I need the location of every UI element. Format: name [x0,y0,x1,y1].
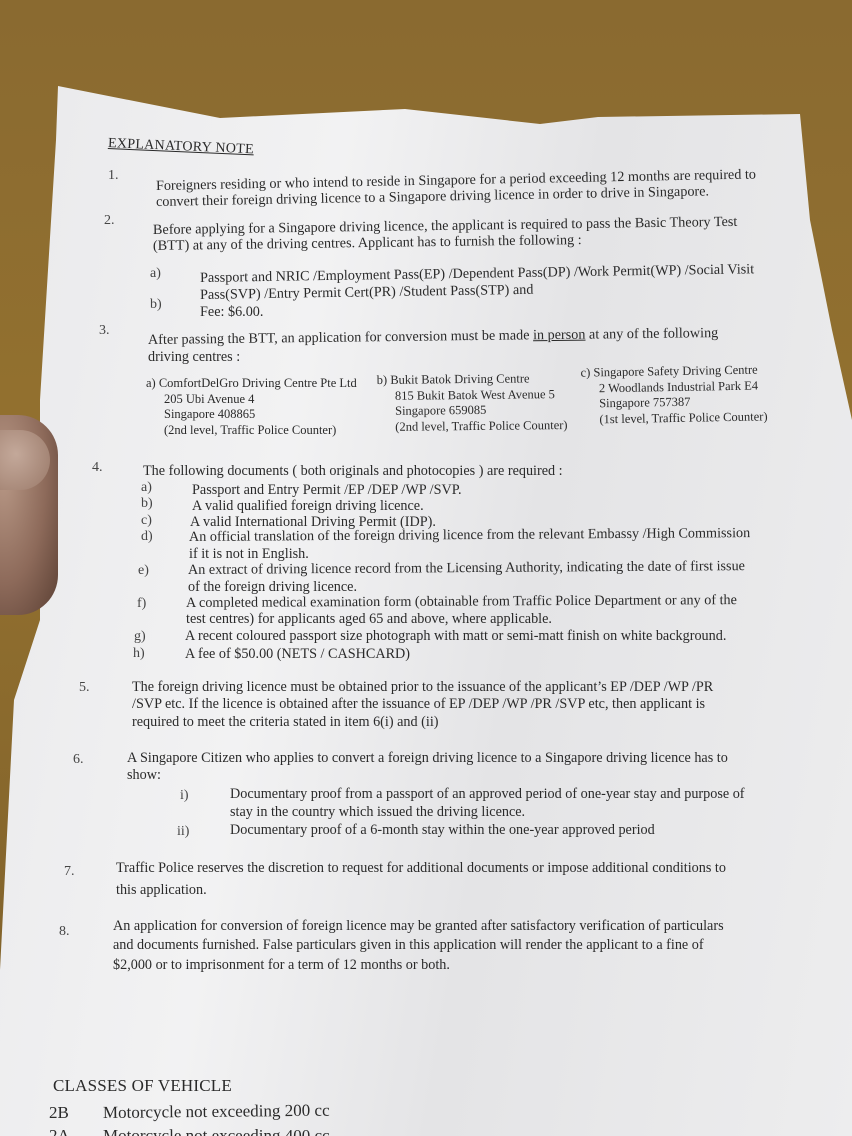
item-number: 2. [104,213,115,229]
item-4a: Passport and Entry Permit /EP /DEP /WP /… [192,482,462,498]
item-6ii: Documentary proof of a 6-month stay with… [230,822,655,838]
subitem-label: ii) [177,824,189,840]
subitem-label: e) [138,563,149,579]
item-4e: of the foreign driving licence. [188,579,357,595]
centre-name: Singapore Safety Driving Centre [593,363,757,380]
item-6-line: show: [127,767,161,783]
item-5-line: /SVP etc. If the licence is obtained aft… [132,696,705,712]
centre-label: b) [377,373,388,387]
item-4f: A completed medical examination form (ob… [186,592,737,611]
centre-c: c) Singapore Safety Driving Centre 2 Woo… [580,362,767,427]
subitem-label: g) [134,629,146,645]
subitem-label: b) [150,297,162,313]
subitem-label: a) [141,480,152,496]
centre-name: Bukit Batok Driving Centre [390,371,529,386]
centre-label: a) [146,376,156,390]
item-3-line: driving centres : [148,349,240,365]
item-7-line: this application. [116,882,207,898]
class-code: 2B [49,1105,69,1121]
centre-label: c) [580,365,590,379]
in-person-underlined: in person [533,327,586,344]
item-4g: A recent coloured passport size photogra… [185,628,726,644]
subitem-label: f) [137,596,146,612]
centre-b: b) Bukit Batok Driving Centre 815 Bukit … [377,371,568,435]
centre-a: a) ComfortDelGro Driving Centre Pte Ltd … [146,376,357,438]
centre-address: 205 Ubi Avenue 4 [146,392,357,408]
item-5-line: The foreign driving licence must be obta… [132,679,713,695]
item-4h: A fee of $50.00 (NETS / CASHCARD) [185,646,410,662]
item-4b: A valid qualified foreign driving licenc… [192,498,424,514]
subitem-label: a) [150,266,161,282]
item-number: 5. [79,680,90,696]
item-5-line: required to meet the criteria stated in … [132,714,439,730]
item-6-line: A Singapore Citizen who applies to conve… [127,750,728,766]
class-desc: Motorcycle not exceeding 200 cc [103,1103,330,1121]
item-number: 7. [64,864,75,880]
centre-note: (2nd level, Traffic Police Counter) [146,423,357,439]
centre-name: ComfortDelGro Driving Centre Pte Ltd [159,376,357,390]
subitem-label: c) [141,513,152,529]
class-code: 2A [49,1128,70,1136]
item-8-line: An application for conversion of foreign… [113,918,724,934]
centre-note: (1st level, Traffic Police Counter) [581,409,767,428]
classes-heading: CLASSES OF VEHICLE [53,1078,232,1094]
centre-address: 2 Woodlands Industrial Park E4 [581,378,767,397]
item-number: 6. [73,752,84,768]
item-7-line: Traffic Police reserves the discretion t… [116,860,726,876]
item-number: 4. [92,460,103,476]
class-desc: Motorcycle not exceeding 400 cc [103,1128,330,1136]
subitem-label: d) [141,529,153,545]
centre-note: (2nd level, Traffic Police Counter) [377,418,567,435]
item-3-text: at any of the following [585,325,718,343]
item-2b-line: Fee: $6.00. [200,304,263,320]
item-8-line: $2,000 or to imprisonment for a term of … [113,957,450,973]
centre-address: 815 Bukit Batok West Avenue 5 [377,387,567,404]
item-number: 3. [99,323,110,339]
item-number: 1. [108,168,119,184]
item-4-line: The following documents ( both originals… [143,463,563,479]
subitem-label: b) [141,496,153,512]
item-4d: if it is not in English. [189,546,309,562]
centre-postal: Singapore 408865 [146,407,357,423]
item-6i: stay in the country which issued the dri… [230,804,525,820]
item-4f: test centres) for applicants aged 65 and… [186,611,552,627]
subitem-label: h) [133,646,145,662]
item-number: 8. [59,924,70,940]
subitem-label: i) [180,788,189,804]
item-8-line: and documents furnished. False particula… [113,937,704,953]
item-6i: Documentary proof from a passport of an … [230,786,745,802]
